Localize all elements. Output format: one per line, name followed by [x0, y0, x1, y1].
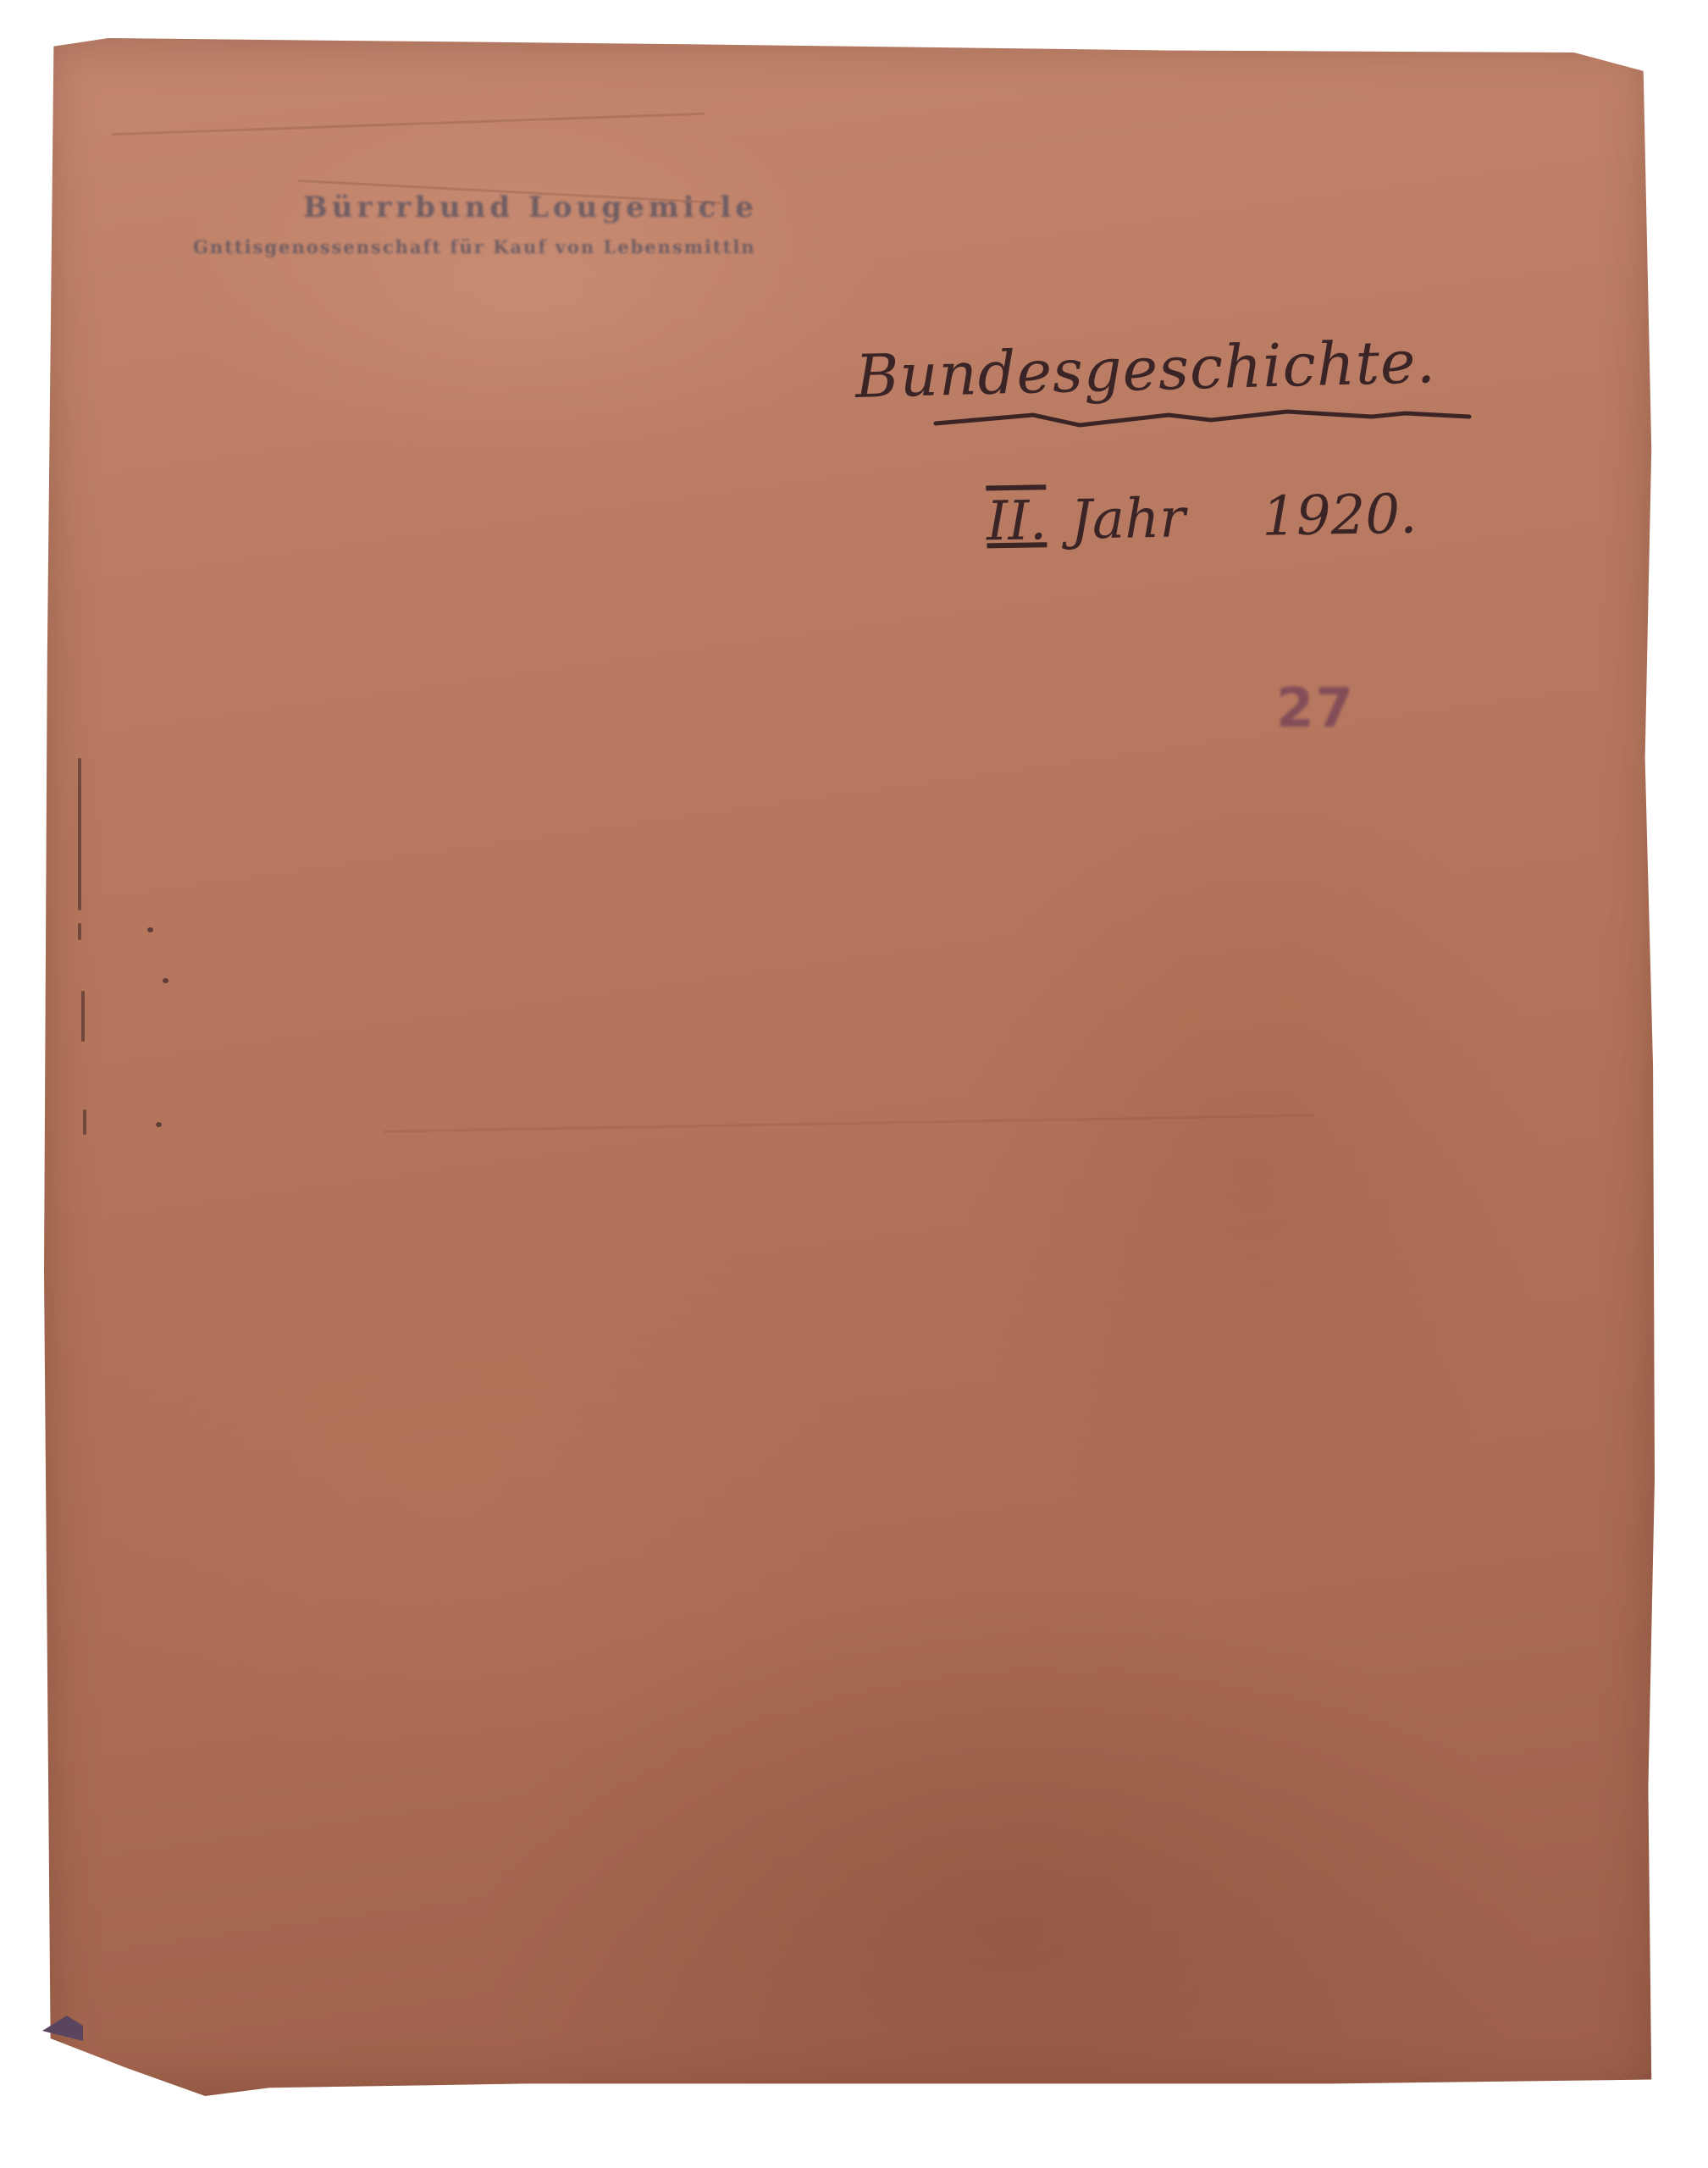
binding-stitch	[83, 1109, 86, 1135]
rubber-stamp: Bürrrbund Lougemicle Gnttisgenossenschaf…	[193, 191, 758, 257]
stamp-line-1: Bürrrbund Lougemicle	[303, 191, 758, 224]
title-underline	[931, 405, 1473, 439]
stamp-line-2: Gnttisgenossenschaft für Kauf von Lebens…	[193, 236, 758, 257]
binding-hole	[147, 927, 153, 932]
binding-stitch	[81, 991, 85, 1042]
binding-stitch	[78, 923, 81, 940]
volume-roman: II.	[986, 489, 1047, 553]
handwritten-year: II. Jahr 1920.	[986, 484, 1418, 554]
stamp-number: 27	[1276, 677, 1355, 740]
paper-crease	[383, 1114, 1314, 1132]
paper-crease	[112, 113, 705, 135]
binding-hole	[163, 978, 169, 983]
volume-word: Jahr	[1070, 487, 1186, 551]
binding-hole	[156, 1122, 162, 1127]
year-value: 1920.	[1262, 484, 1418, 549]
binding-stitch	[78, 758, 81, 910]
